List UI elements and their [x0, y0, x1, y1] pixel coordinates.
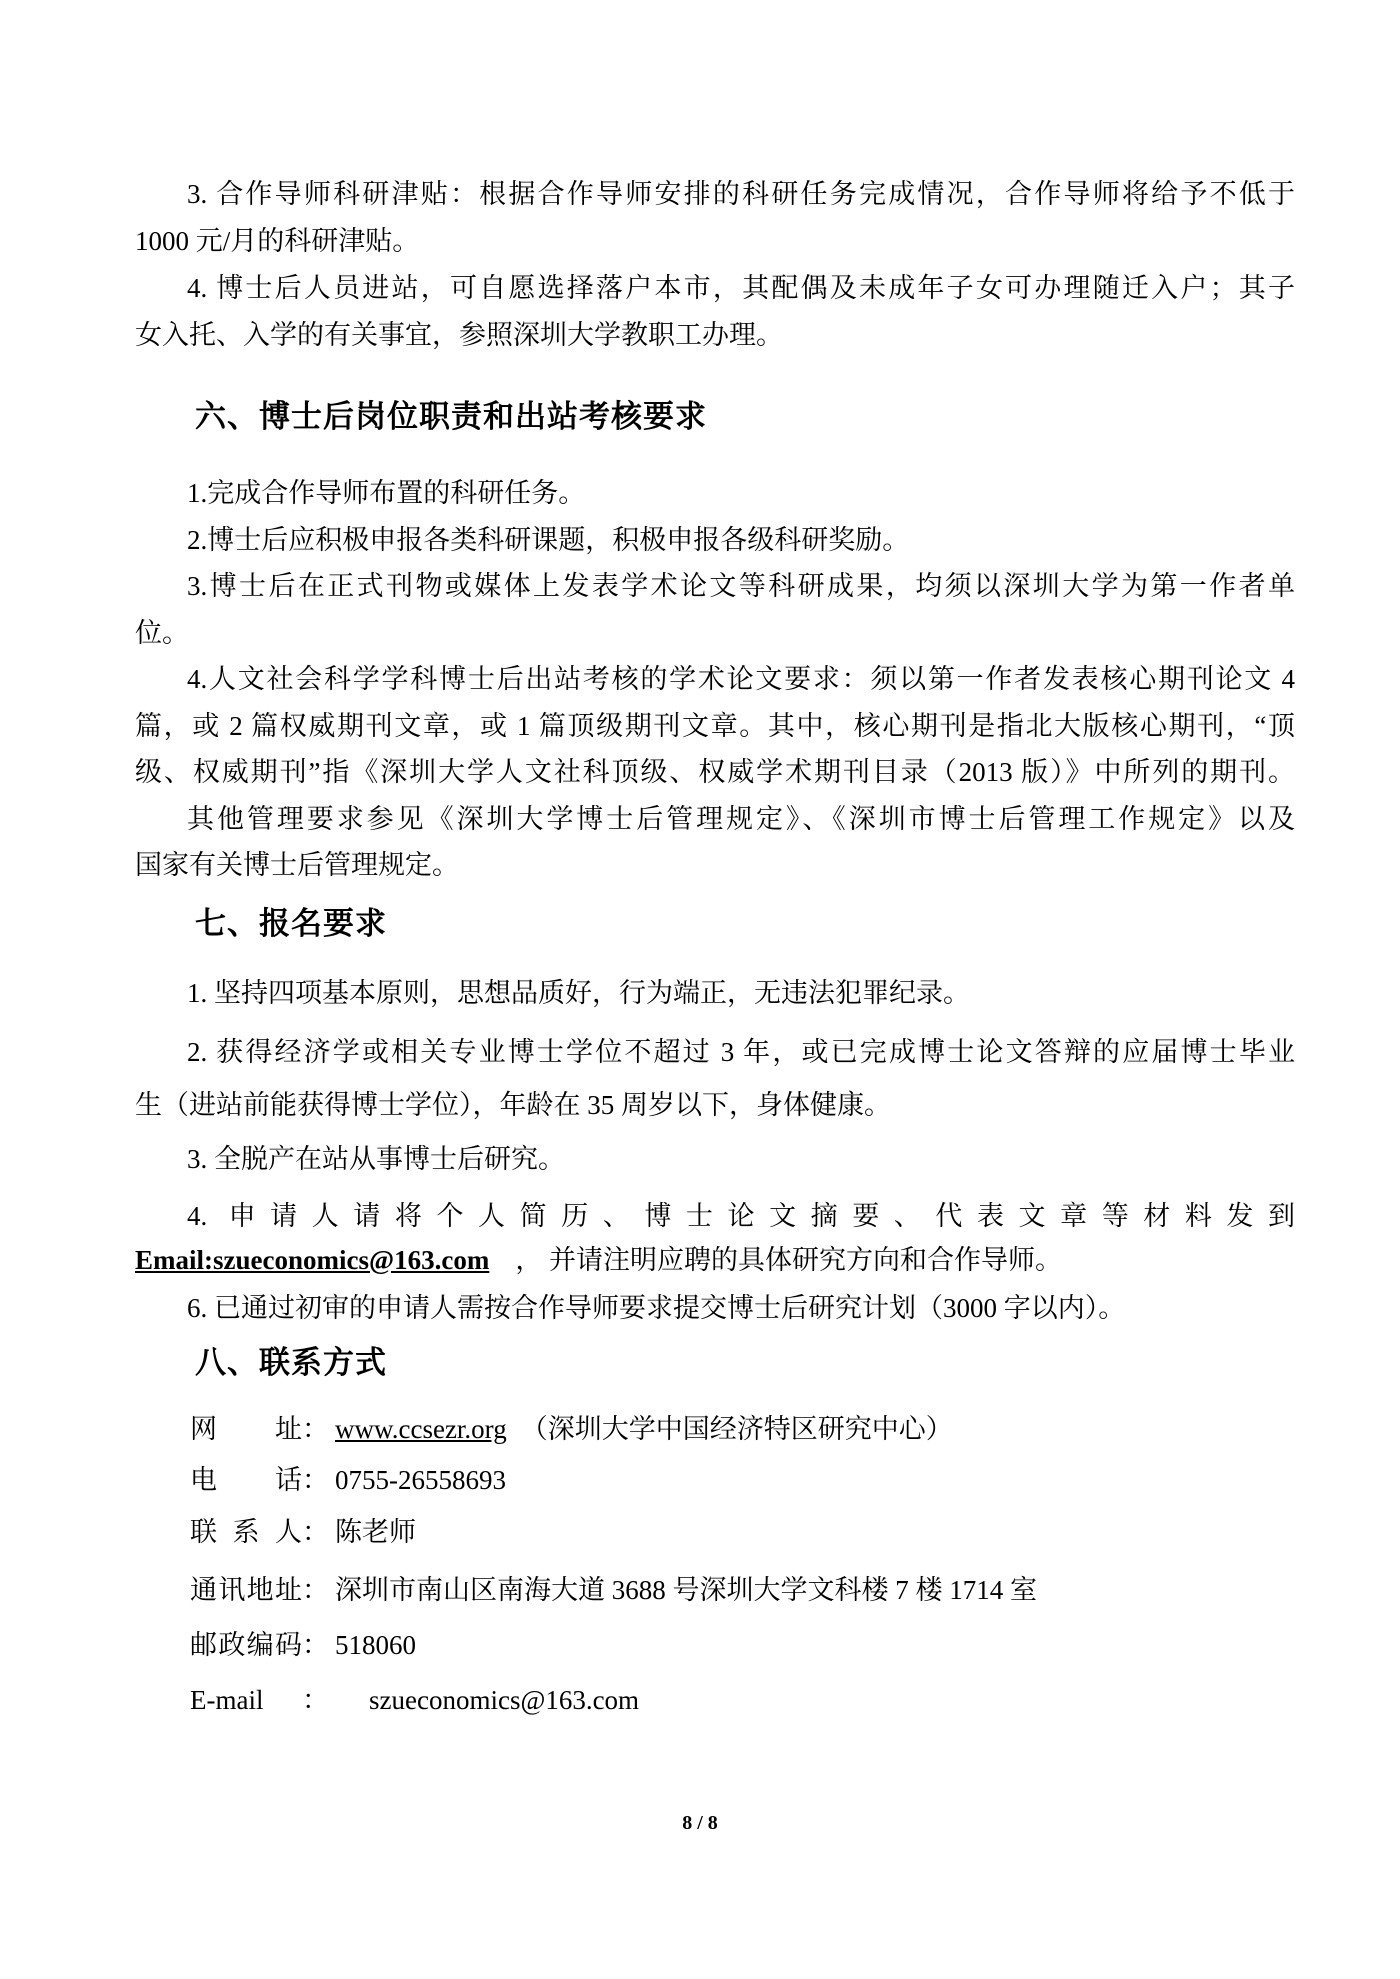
section-heading-seven: 七、报名要求	[135, 903, 1295, 945]
paragraph-line: Email:szueconomics@163.com， 并请注明应聘的具体研究方…	[135, 1238, 1295, 1282]
phone-number: 0755-26558693	[335, 1465, 506, 1495]
application-email-link[interactable]: Email:szueconomics@163.com	[135, 1245, 489, 1275]
contact-label: E-mail	[190, 1678, 302, 1723]
email-address: szueconomics@163.com	[335, 1685, 639, 1715]
mailing-address: 深圳市南山区南海大道 3688 号深圳大学文科楼 7 楼 1714 室	[335, 1575, 1037, 1605]
section-heading-eight: 八、联系方式	[135, 1342, 1295, 1384]
contact-row-address: 通讯地址：深圳市南山区南海大道 3688 号深圳大学文科楼 7 楼 1714 室	[190, 1568, 1295, 1613]
section-six-body: 1.完成合作导师布置的科研任务。 2.博士后应积极申报各类科研课题，积极申报各级…	[135, 470, 1295, 889]
paragraph-line: 4. 申请人请将个人简历、博士论文摘要、代表文章等材料发到	[135, 1194, 1295, 1238]
paragraph-line: 其他管理要求参见《深圳大学博士后管理规定》、《深圳市博士后管理工作规定》以及	[135, 796, 1295, 843]
paragraph-line: 生（进站前能获得博士学位），年龄在 35 周岁以下，身体健康。	[135, 1079, 1295, 1132]
paragraph-line: 国家有关博士后管理规定。	[135, 842, 1295, 889]
contact-label: 电话	[190, 1458, 302, 1503]
application-requirement-6: 6. 已通过初审的申请人需按合作导师要求提交博士后研究计划（3000 字以内）。	[135, 1285, 1295, 1331]
website-link[interactable]: www.ccsezr.org	[335, 1414, 507, 1444]
paragraph-line: 级、权威期刊”指《深圳大学人文社科顶级、权威学术期刊目录（2013 版）》中所列…	[135, 749, 1295, 796]
contact-colon: ：	[302, 1568, 329, 1613]
contact-row-email: E-mail：szueconomics@163.com	[190, 1678, 1295, 1723]
paragraph-line: 4.人文社会科学学科博士后出站考核的学术论文要求：须以第一作者发表核心期刊论文 …	[135, 656, 1295, 703]
paragraph-line: 女入托、入学的有关事宜，参照深圳大学教职工办理。	[135, 312, 1295, 359]
contact-colon: ：	[302, 1623, 329, 1668]
postal-code: 518060	[335, 1630, 416, 1660]
contact-row-phone: 电话：0755-26558693	[190, 1458, 1295, 1503]
contact-row-person: 联系人：陈老师	[190, 1510, 1295, 1555]
contact-row-website: 网址：www.ccsezr.org（深圳大学中国经济特区研究中心）	[190, 1407, 1295, 1452]
paragraph-line: 篇，或 2 篇权威期刊文章，或 1 篇顶级期刊文章。其中，核心期刊是指北大版核心…	[135, 703, 1295, 750]
paragraph-line: 3.博士后在正式刊物或媒体上发表学术论文等科研成果，均须以深圳大学为第一作者单	[135, 563, 1295, 610]
page-number: 8 / 8	[0, 1812, 1400, 1835]
paragraph-line: 4. 博士后人员进站，可自愿选择落户本市，其配偶及未成年子女可办理随迁入户；其子	[135, 265, 1295, 312]
contact-colon: ：	[302, 1678, 329, 1723]
contact-colon: ：	[302, 1510, 329, 1555]
contact-colon: ：	[302, 1458, 329, 1503]
application-requirement-4: 4. 申请人请将个人简历、博士论文摘要、代表文章等材料发到 Email:szue…	[135, 1194, 1295, 1282]
paragraph-line: 1000 元/月的科研津贴。	[135, 218, 1295, 265]
intro-paragraphs: 3. 合作导师科研津贴：根据合作导师安排的科研任务完成情况，合作导师将给予不低于…	[135, 171, 1295, 359]
contact-colon: ：	[302, 1407, 329, 1452]
contact-label: 联系人	[190, 1510, 302, 1555]
paragraph-line: 6. 已通过初审的申请人需按合作导师要求提交博士后研究计划（3000 字以内）。	[135, 1285, 1295, 1331]
paragraph-text: ， 并请注明应聘的具体研究方向和合作导师。	[515, 1245, 1062, 1275]
paragraph-line: 2.博士后应积极申报各类科研课题，积极申报各级科研奖励。	[135, 517, 1295, 564]
website-note: （深圳大学中国经济特区研究中心）	[521, 1414, 953, 1444]
contact-row-postcode: 邮政编码：518060	[190, 1623, 1295, 1668]
document-page: 3. 合作导师科研津贴：根据合作导师安排的科研任务完成情况，合作导师将给予不低于…	[0, 0, 1400, 1979]
contact-label: 通讯地址	[190, 1568, 302, 1613]
paragraph-line: 3. 合作导师科研津贴：根据合作导师安排的科研任务完成情况，合作导师将给予不低于	[135, 171, 1295, 218]
application-requirement-1: 1. 坚持四项基本原则，思想品质好，行为端正，无违法犯罪纪录。	[135, 970, 1295, 1016]
paragraph-line: 3. 全脱产在站从事博士后研究。	[135, 1136, 1295, 1182]
paragraph-line: 1.完成合作导师布置的科研任务。	[135, 470, 1295, 517]
paragraph-line: 1. 坚持四项基本原则，思想品质好，行为端正，无违法犯罪纪录。	[135, 970, 1295, 1016]
application-requirement-2: 2. 获得经济学或相关专业博士学位不超过 3 年，或已完成博士论文答辩的应届博士…	[135, 1026, 1295, 1132]
contact-label: 邮政编码	[190, 1623, 302, 1668]
section-heading-six: 六、博士后岗位职责和出站考核要求	[135, 396, 1295, 438]
contact-person: 陈老师	[335, 1517, 416, 1547]
paragraph-line: 位。	[135, 610, 1295, 657]
paragraph-line: 2. 获得经济学或相关专业博士学位不超过 3 年，或已完成博士论文答辩的应届博士…	[135, 1026, 1295, 1079]
contact-label: 网址	[190, 1407, 302, 1452]
application-requirement-3: 3. 全脱产在站从事博士后研究。	[135, 1136, 1295, 1182]
